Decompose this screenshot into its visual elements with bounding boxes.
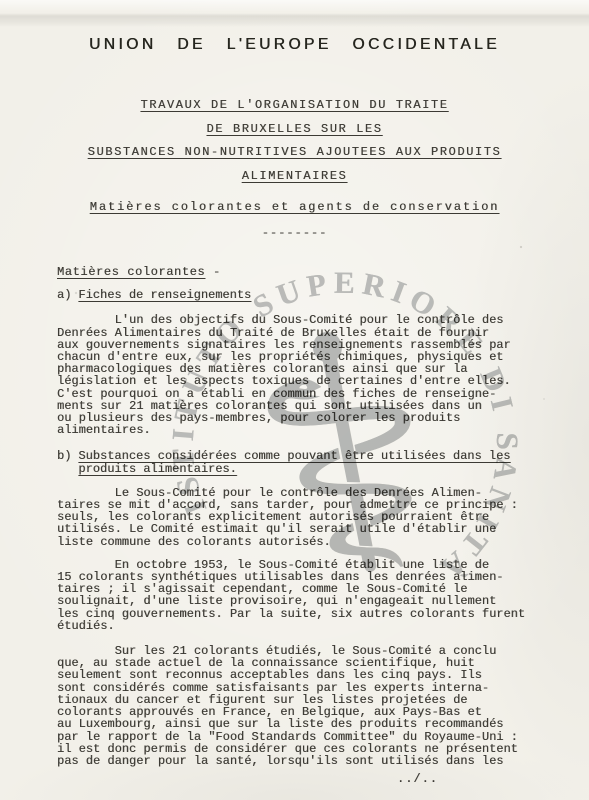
title-line-3: SUBSTANCES NON-NUTRITIVES AJOUTEES AUX P… <box>88 145 502 159</box>
list-item-a-label: a) <box>57 288 71 302</box>
list-item-a-title: Fiches de renseignements <box>78 289 251 301</box>
paragraph-2: Le Sous-Comité pour le contrôle des Denr… <box>57 487 525 548</box>
title-line-2: DE BRUXELLES SUR LES <box>206 122 382 136</box>
list-item-b: b)Substances considérées comme pouvant ê… <box>57 450 525 474</box>
section-heading: Matières colorantes <box>57 265 205 279</box>
list-item-b-title: Substances considérées comme pouvant êtr… <box>78 450 510 474</box>
letterhead: UNION DE L'EUROPE OCCIDENTALE <box>0 36 589 54</box>
title-block: TRAVAUX DE L'ORGANISATION DU TRAITE DE B… <box>0 94 589 239</box>
title-line-4: ALIMENTAIRES <box>242 169 348 183</box>
continuation-mark: ../.. <box>397 772 438 786</box>
separator-dashes: -------- <box>0 227 589 239</box>
title-line: ALIMENTAIRES <box>0 165 589 189</box>
section-heading-dash: - <box>205 265 221 279</box>
document-subtitle-row: Matières colorantes et agents de conserv… <box>0 200 589 214</box>
list-item-a: a)Fiches de renseignements <box>57 289 525 301</box>
organization-name: UNION DE L'EUROPE OCCIDENTALE <box>89 36 500 53</box>
paragraph-3: En octobre 1953, le Sous-Comité établit … <box>57 559 525 632</box>
title-line-1: TRAVAUX DE L'ORGANISATION DU TRAITE <box>140 98 448 112</box>
document-subtitle: Matières colorantes et agents de conserv… <box>90 200 500 214</box>
scanned-document-page: UNION DE L'EUROPE OCCIDENTALE TRAVAUX DE… <box>0 0 589 800</box>
title-line: DE BRUXELLES SUR LES <box>0 118 589 142</box>
title-line: TRAVAUX DE L'ORGANISATION DU TRAITE <box>0 94 589 118</box>
title-line: SUBSTANCES NON-NUTRITIVES AJOUTEES AUX P… <box>0 141 589 165</box>
document-body: Matières colorantes - a)Fiches de rensei… <box>57 266 525 767</box>
paragraph-4: Sur les 21 colorants étudiés, le Sous-Co… <box>57 645 525 767</box>
section-heading-row: Matières colorantes - <box>57 266 525 278</box>
list-item-b-label: b) <box>57 449 71 463</box>
paragraph-1: L'un des objectifs du Sous-Comité pour l… <box>57 314 525 436</box>
